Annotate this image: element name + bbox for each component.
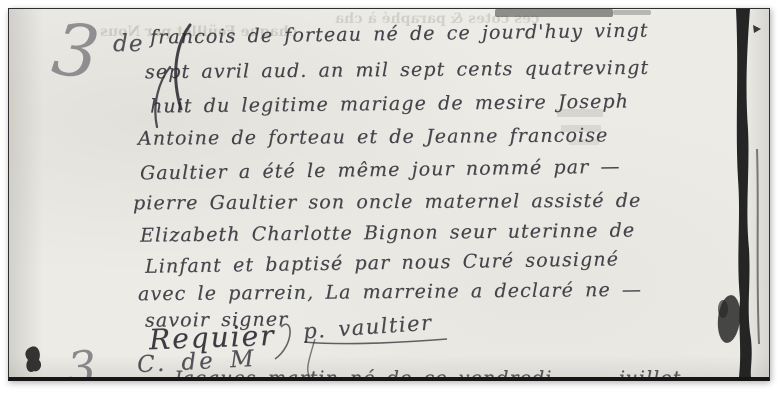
margin-word: de	[113, 31, 144, 57]
binding-edge-mark	[736, 9, 752, 377]
manuscript-line: Elizabeth Charlotte Bignon seur uterinne…	[140, 219, 635, 246]
page-background: chaque Feüillet par Nous ces cotes & par…	[0, 0, 779, 395]
signature-vaultier: p. vaultier	[302, 311, 433, 344]
bleed-smudge-bar	[613, 10, 651, 15]
manuscript-line: sept avril aud. an mil sept cents quatre…	[145, 57, 649, 83]
scanned-register-page: chaque Feüillet par Nous ces cotes & par…	[8, 8, 770, 381]
manuscript-line: Linfant et baptisé par nous Curé sousign…	[145, 248, 619, 277]
next-entry-line: Jacques martin né de ce vendredi . . . j…	[174, 367, 681, 381]
next-entry-paraph: 3	[65, 344, 97, 381]
manuscript-line: pierre Gaultier son oncle maternel assis…	[133, 190, 641, 215]
manuscript-line: avec le parrein, La marreine a declaré n…	[138, 279, 642, 305]
binding-ink-blob	[718, 300, 728, 318]
manuscript-line: huit du legitime mariage de mesire Josep…	[150, 90, 629, 117]
manuscript-line: Gaultier a été le même jour nommé par —	[140, 156, 621, 185]
margin-paraph: 3	[49, 12, 103, 89]
binding-ink-blob	[716, 294, 743, 344]
binding-thin-line	[757, 149, 759, 344]
manuscript-line: Antoine de forteau et de Jeanne francois…	[138, 124, 609, 149]
binding-tick	[753, 25, 761, 33]
ink-blot	[25, 346, 41, 372]
